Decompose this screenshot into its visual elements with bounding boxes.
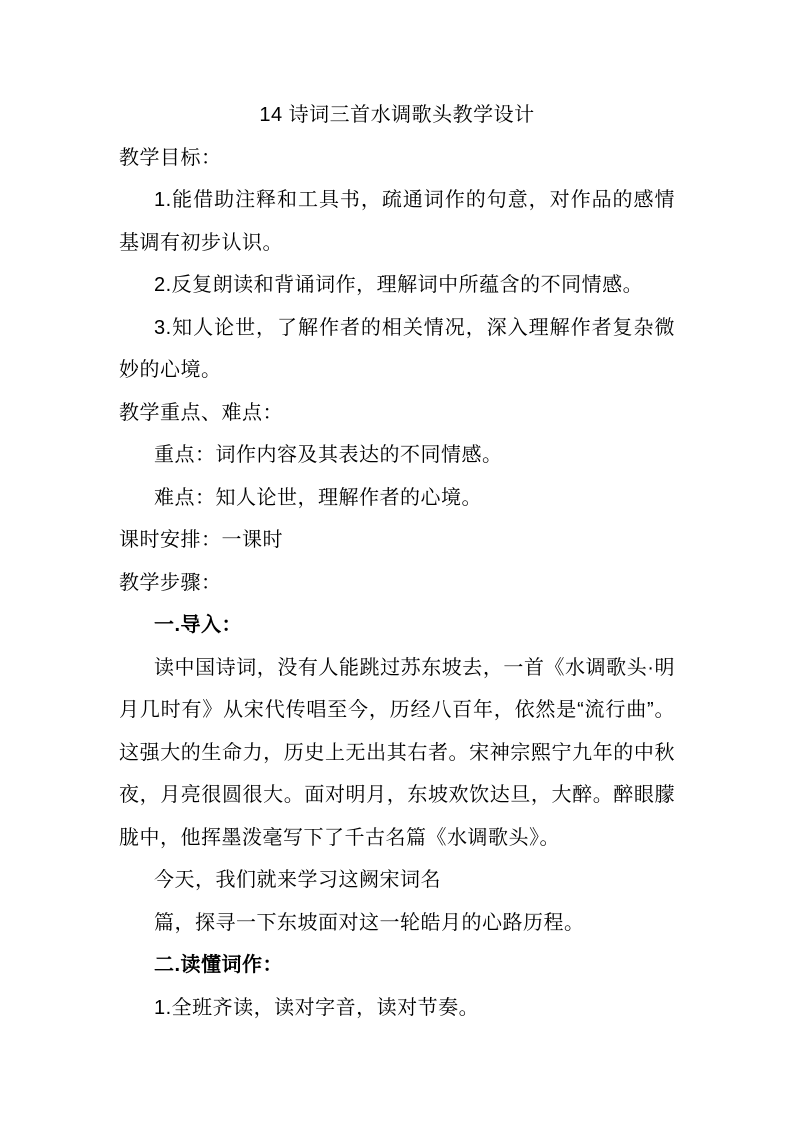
document-body: 教学目标：1.能借助注释和工具书，疏通词作的句意，对作品的感情基调有初步认识。2… [119, 137, 675, 1030]
paragraph: 重点：词作内容及其表达的不同情感。 [119, 434, 675, 477]
paragraph: 2.反复朗读和背诵词作，理解词中所蕴含的不同情感。 [119, 264, 675, 307]
paragraph: 1.能借助注释和工具书，疏通词作的句意，对作品的感情基调有初步认识。 [119, 179, 675, 264]
paragraph: 教学步骤： [119, 562, 675, 605]
paragraph: 1.全班齐读，读对字音，读对节奏。 [119, 987, 675, 1030]
paragraph: 读中国诗词，没有人能跳过苏东坡去，一首《水调歌头·明月几时有》从宋代传唱至今，历… [119, 647, 675, 860]
section-heading: 一.导入： [119, 604, 675, 647]
paragraph: 3.知人论世，了解作者的相关情况，深入理解作者复杂微妙的心境。 [119, 307, 675, 392]
paragraph: 篇，探寻一下东坡面对这一轮皓月的心路历程。 [119, 902, 675, 945]
section-heading: 二.读懂词作： [119, 944, 675, 987]
paragraph: 教学重点、难点： [119, 392, 675, 435]
paragraph: 今天，我们就来学习这阙宋词名 [119, 859, 675, 902]
document-page: 14 诗词三首水调歌头教学设计 教学目标：1.能借助注释和工具书，疏通词作的句意… [0, 0, 793, 1122]
document-title: 14 诗词三首水调歌头教学设计 [119, 94, 675, 137]
paragraph: 难点：知人论世，理解作者的心境。 [119, 477, 675, 520]
paragraph: 课时安排：一课时 [119, 519, 675, 562]
paragraph: 教学目标： [119, 137, 675, 180]
